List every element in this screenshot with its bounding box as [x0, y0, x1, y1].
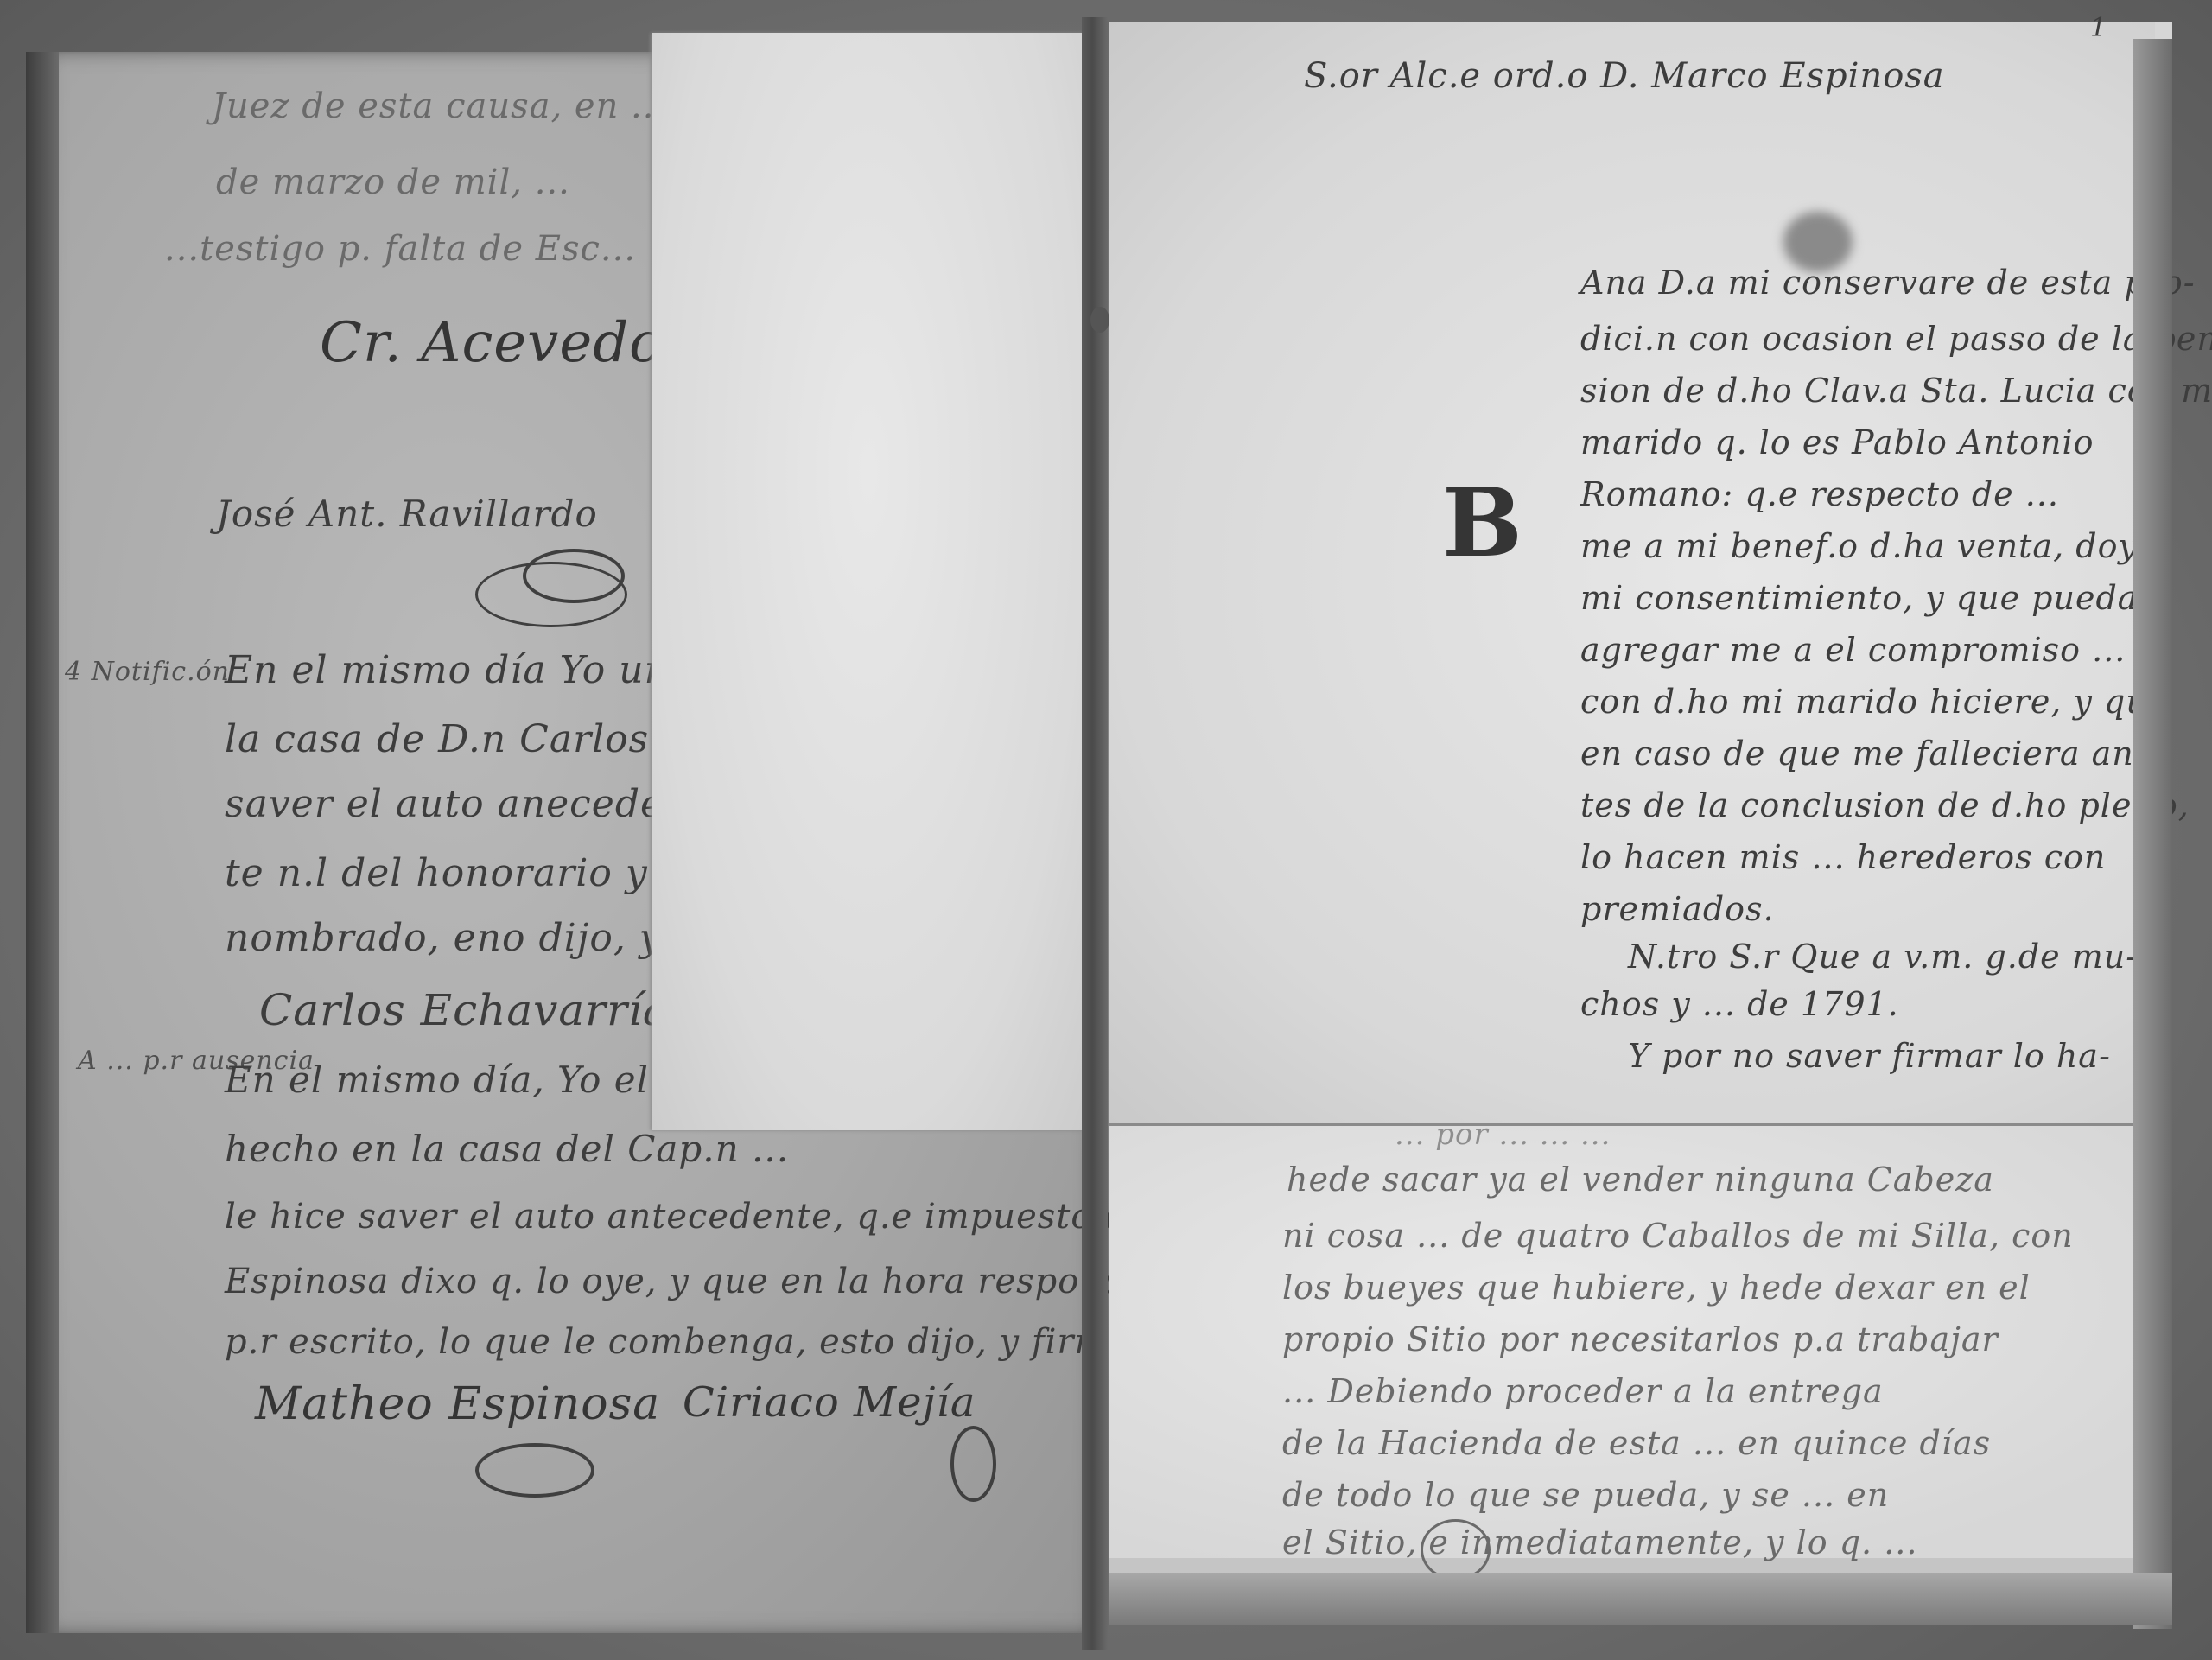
binding-edge [26, 52, 59, 1633]
paragraph-line: En el mismo día, Yo el ... [225, 1059, 698, 1101]
petition-line: N.tro S.r Que a v.m. g.de mu- [1628, 938, 2138, 976]
underlying-line: ... por ... ... ... [1395, 1117, 1611, 1152]
rubric-flourish [475, 562, 627, 627]
page-bottom-shadow [1109, 1573, 2172, 1625]
underlying-line: los bueyes que hubiere, y hede dexar en … [1282, 1269, 2031, 1307]
signature: Ciriaco Mejía [683, 1378, 976, 1427]
paragraph-line: la casa de D.n Carlos ... [225, 717, 701, 761]
paragraph-line: hecho en la casa del Cap.n ... [225, 1128, 789, 1170]
binding-thread-knot [1090, 307, 1109, 333]
petition-line: chos y ... de 1791. [1580, 985, 1899, 1023]
margin-note: 4 Notific.ón [65, 657, 230, 687]
underlying-line: propio Sitio por necesitarlos p.a trabaj… [1282, 1320, 1999, 1358]
petition-line: premiados. [1580, 890, 1775, 928]
signature: Carlos Echavarría [259, 985, 670, 1035]
rubric-flourish [475, 1443, 594, 1498]
header-line: Juez de esta causa, en ... [212, 86, 666, 126]
petition-line: dici.n con ocasion el passo de la pen- [1580, 320, 2212, 358]
underlying-line: de todo lo que se pueda, y se ... en [1282, 1476, 1889, 1514]
underlying-sheet: ... por ... ... ... hede sacar ya el ven… [1109, 1126, 2164, 1558]
signature: Matheo Espinosa [255, 1378, 660, 1430]
paragraph-line: Espinosa dixo q. lo oye, y que en la hor… [225, 1262, 1185, 1301]
petition-line: Romano: q.e respecto de ... [1580, 475, 2059, 513]
right-folio: S.or Alc.e ord.o D. Marco Espinosa 1 B A… [1109, 22, 2172, 1625]
petition-heading: S.or Alc.e ord.o D. Marco Espinosa [1304, 56, 1945, 96]
petition-line: Y por no saver firmar lo ha- [1628, 1037, 2111, 1075]
header-line: de marzo de mil, ... [216, 162, 570, 202]
rubric-flourish [1421, 1519, 1491, 1580]
header-line: ...testigo p. falta de Esc... [164, 229, 636, 269]
underlying-line: ... Debiendo proceder a la entrega [1282, 1372, 1884, 1410]
petition-line: marido q. lo es Pablo Antonio [1580, 423, 2094, 461]
folio-number: 1 [2090, 13, 2107, 43]
petition-line: sion de d.ho Clav.a Sta. Lucia con mi [1580, 372, 2212, 410]
underlying-line: hede sacar ya el vender ninguna Cabeza [1287, 1161, 1994, 1199]
paragraph-line: le hice saver el auto antecedente, q.e i… [225, 1197, 1148, 1237]
paragraph-line: te n.l del honorario y q... [225, 851, 725, 895]
petition-line: en caso de que me falleciera an- [1580, 735, 2146, 773]
signature: José Ant. Ravillardo [216, 493, 598, 535]
blank-overlay-slip [652, 33, 1084, 1130]
petition-sheet: S.or Alc.e ord.o D. Marco Espinosa 1 B A… [1109, 22, 2155, 1126]
marginal-mark: B [1442, 467, 1523, 578]
underlying-line: ni cosa ... de quatro Caballos de mi Sil… [1282, 1217, 2074, 1255]
petition-line: mi consentimiento, y que pueda [1580, 579, 2138, 617]
rubric-flourish [950, 1426, 996, 1502]
petition-line: tes de la conclusion de d.ho pleito, [1580, 786, 2190, 824]
petition-line: Ana D.a mi conservare de esta pro- [1580, 264, 2196, 302]
petition-line: lo hacen mis ... herederos con [1580, 838, 2106, 876]
underlying-line: el Sitio, e inmediatamente, y lo q. ... [1282, 1523, 1917, 1561]
petition-line: con d.ho mi marido hiciere, y que [1580, 683, 2168, 721]
page-edge [2133, 39, 2172, 1629]
petition-line: agregar me a el compromiso ... [1580, 631, 2126, 669]
underlying-line: de la Hacienda de esta ... en quince día… [1282, 1424, 1991, 1462]
petition-line: me a mi benef.o d.ha venta, doy [1580, 527, 2138, 565]
paragraph-line: p.r escrito, lo que le combenga, esto di… [225, 1322, 1130, 1362]
book-gutter [1082, 17, 1108, 1650]
